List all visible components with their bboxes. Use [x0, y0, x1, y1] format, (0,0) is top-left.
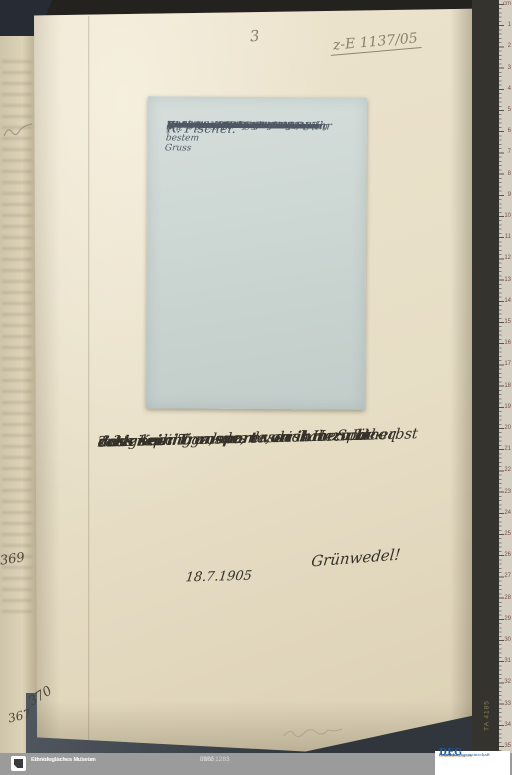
letter-text: Halensee d. 17/7 05. Verehrter Herr Dire… [132, 96, 380, 409]
ruler-number: 33 [504, 701, 511, 707]
ruler-number: 6 [508, 128, 511, 134]
ruler-number: 15 [504, 319, 511, 325]
ruler-number: 23 [504, 489, 511, 495]
dfg-logo: Gefördert durch DFG Deutsche Forschungsg… [435, 751, 510, 775]
folio-pencil-number: 3 [249, 27, 260, 46]
ruler-number: 9 [508, 192, 511, 198]
ink-annotation: Telegraphirt wurde, dass ich im Spätherb… [98, 419, 455, 608]
ruler-number: 2 [508, 43, 511, 49]
letter-closing2: Ihr [314, 119, 332, 132]
ruler-number: 29 [504, 616, 511, 622]
museum-logo [11, 756, 26, 771]
scan-background-band [472, 0, 499, 775]
ruler-number: 34 [504, 722, 511, 728]
ruler-number: 17 [504, 361, 511, 367]
scanned-album-page: 3 z-E 1137/05 Halensee d. 17/7 05. Vereh… [0, 0, 512, 775]
museum-logo-icon [14, 759, 23, 768]
ruler-number: 19 [504, 404, 511, 410]
ruler-number: 32 [504, 679, 511, 685]
ruler-number: 30 [504, 637, 511, 643]
pencil-squiggle [2, 116, 34, 146]
ruler-number: 31 [504, 658, 511, 664]
ruler-number: 13 [504, 277, 511, 283]
scan-page-number: 0385 [200, 756, 214, 764]
ruler-number: 28 [504, 595, 511, 601]
ruler-number: 16 [504, 340, 511, 346]
ruler-number: 8 [508, 171, 511, 177]
ruler-number: 12 [504, 255, 511, 261]
ruler-number: 35 [504, 743, 511, 749]
ruler-number: 18 [504, 383, 511, 389]
faint-pencil-note [282, 726, 344, 742]
ruler-number: 20 [504, 425, 511, 431]
ruler-number: 25 [504, 531, 511, 537]
ruler-number: 7 [508, 149, 511, 155]
ruler-number: 11 [505, 234, 511, 240]
ruler-number: 24 [504, 510, 511, 516]
dfg-name-line2: Forschungsgemeinschaft [439, 753, 490, 758]
page-crease [88, 16, 90, 746]
ruler-number: 26 [504, 552, 511, 558]
ruler-number: 5 [508, 107, 511, 113]
cm-ruler: cm 1234567891011121314151617181920212223… [499, 0, 512, 775]
annotation-date: 18.7.1905 [185, 569, 253, 586]
mounted-letter: Halensee d. 17/7 05. Verehrter Herr Dire… [146, 96, 367, 410]
ruler-number: 14 [504, 298, 511, 304]
shelfmark-side-label: TA 4185 [484, 681, 491, 751]
ruler-number: 3 [508, 65, 511, 71]
annotation-signature: Grünwedel! [310, 545, 401, 570]
ruler-number: 10 [504, 213, 511, 219]
ruler-number: 22 [504, 467, 511, 473]
annotation-line: zahlen sei. [96, 427, 177, 458]
ruler-number: 4 [508, 86, 511, 92]
letter-signature: R. Pischel. [166, 121, 273, 137]
ruler-number: 27 [504, 573, 511, 579]
ruler-number: 1 [508, 22, 511, 28]
museum-subtitle: Staatliche Museen zu Berlin [31, 757, 93, 764]
ruler-unit-label: cm [503, 1, 511, 7]
ruler-number: 21 [504, 446, 511, 452]
